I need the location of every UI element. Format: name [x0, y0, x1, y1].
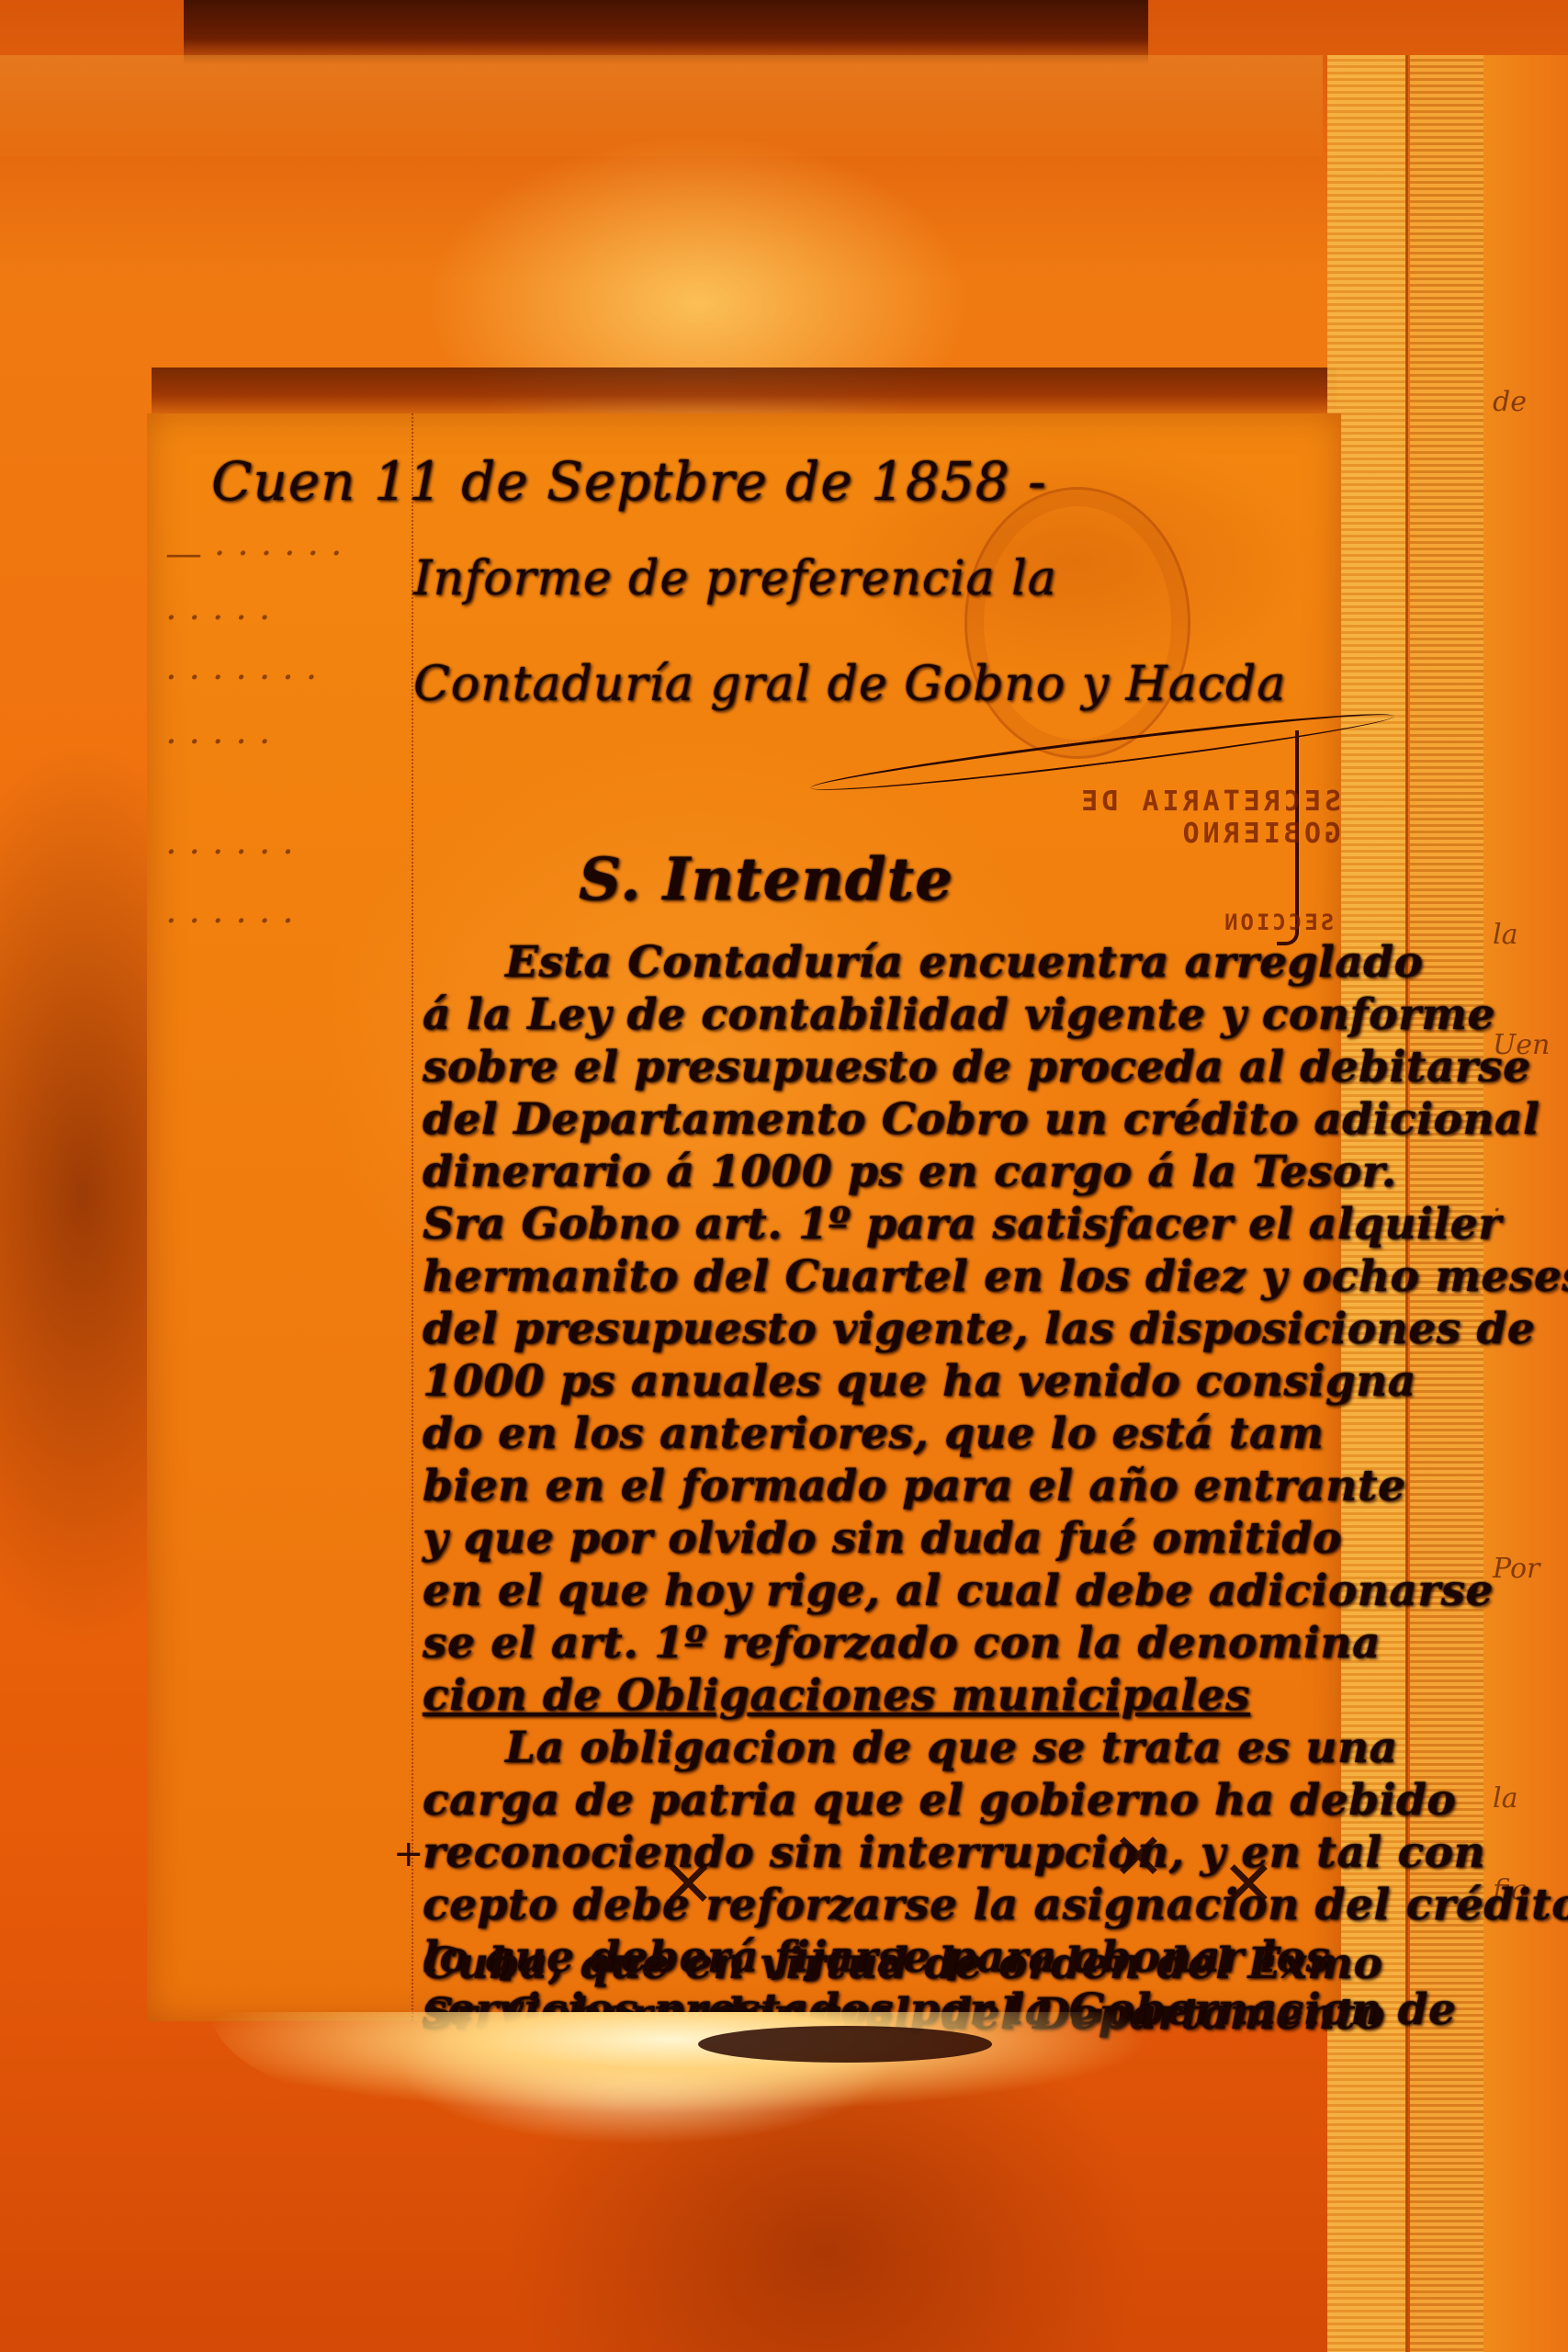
body-line: do en los anteriores, que lo está tam — [423, 1408, 1324, 1459]
body-line: Cuba, que en virtud de orden del Exmo — [423, 1939, 1382, 1989]
body-line: se el art. 1º reforzado con la denomina — [423, 1618, 1381, 1668]
body-line: carga de patria que el gobierno ha debid… — [423, 1775, 1456, 1826]
facing-page-fragment: de — [1493, 386, 1527, 418]
date-line: Cuen 11 de Septbre de 1858 - — [211, 450, 1047, 513]
manuscript-page: Cuen 11 de Septbre de 1858 - Informe de … — [147, 413, 1341, 2021]
margin-mark: + — [393, 1833, 424, 1875]
body-line: cion de Obligaciones municipales — [423, 1670, 1250, 1721]
reference-line: Informe de preferencia la — [413, 551, 1057, 606]
body-line: dinerario á 1000 ps en cargo á la Tesor. — [423, 1147, 1396, 1197]
upper-paper-band — [0, 55, 1323, 156]
body-line: cepto debe reforzarse la asignacion del … — [423, 1880, 1568, 1930]
fold-line — [412, 413, 413, 2021]
body-line: sobre el presupuesto de proceda al debit… — [423, 1042, 1531, 1092]
body-line: y que por olvido sin duda fué omitido — [423, 1513, 1342, 1564]
facing-page-fragment: la — [1493, 1782, 1517, 1815]
facing-page-fragment: la — [1493, 919, 1517, 951]
page-curl-shadow — [698, 2026, 992, 2063]
body-line: del presupuesto vigente, las disposicion… — [423, 1304, 1535, 1354]
body-line: bien en el formado para el año entrante — [423, 1461, 1405, 1511]
faded-text: — · · · · · · — [165, 533, 343, 575]
body-line: en el que hoy rige, al cual debe adicion… — [423, 1566, 1494, 1616]
strike-mark: ✕ — [661, 1847, 716, 1922]
body-line: Esta Contaduría encuentra arreglado — [505, 937, 1423, 988]
body-line: del Departamento Cobro un crédito adicio… — [423, 1094, 1540, 1145]
body-line: hermanito del Cuartel en los diez y ocho… — [423, 1251, 1568, 1302]
reference-line: Contaduría gral de Gobno y Hacda — [413, 657, 1286, 712]
faded-text: · · · · · · — [165, 831, 294, 874]
faded-text: · · · · · · · — [165, 657, 317, 699]
body-line: reconociendo sin interrupcion, y en tal … — [423, 1827, 1485, 1878]
strike-mark: ✕ — [1222, 1847, 1276, 1922]
mirrored-stamp: SECRETARIA DE GOBIERNO — [909, 786, 1341, 850]
faded-text: · · · · · · — [165, 900, 294, 943]
seal-impression — [964, 487, 1190, 759]
facing-page-fragment: Por — [1493, 1553, 1540, 1585]
body-line: Sra Gobno art. 1º para satisfacer el alq… — [423, 1199, 1501, 1249]
faded-text: · · · · · — [165, 597, 270, 639]
body-line: á la Ley de contabilidad vigente y confo… — [423, 989, 1495, 1040]
faded-text: · · · · · — [165, 721, 270, 763]
mirrored-stamp-section: SECCION — [1222, 910, 1334, 935]
body-line: La obligacion de que se trata es una — [505, 1723, 1398, 1773]
body-line: 1000 ps anuales que ha venido consigna — [423, 1356, 1416, 1407]
salutation: S. Intendte — [579, 845, 953, 914]
strike-mark: ✕ — [1111, 1819, 1166, 1894]
